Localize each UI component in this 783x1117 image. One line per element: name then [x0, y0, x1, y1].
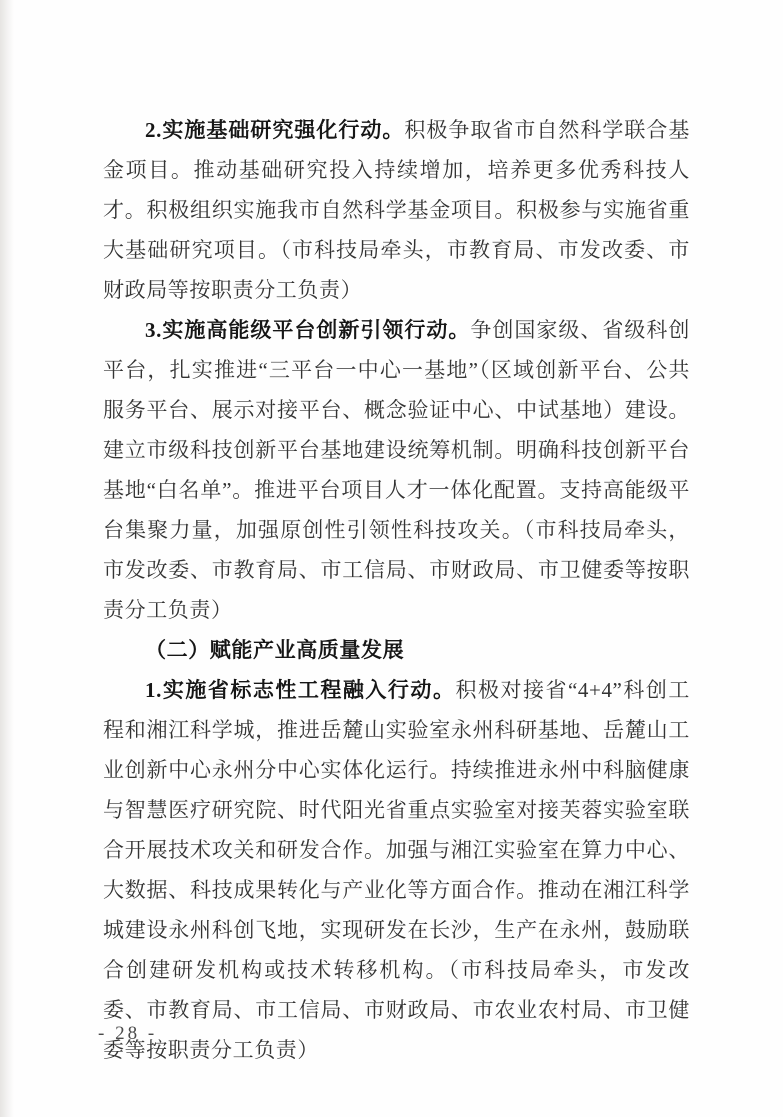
- document-page: 2.实施基础研究强化行动。积极争取省市自然科学联合基金项目。推动基础研究投入持续…: [0, 0, 783, 1117]
- section-heading: （二）赋能产业高质量发展: [103, 630, 690, 670]
- paragraph-action-1-body: 积极对接省“4+4”科创工程和湘江科学城，推进岳麓山实验室永州科研基地、岳麓山工…: [103, 678, 690, 1062]
- paragraph-action-3: 3.实施高能级平台创新引领行动。争创国家级、省级科创平台，扎实推进“三平台一中心…: [103, 310, 690, 630]
- document-body: 2.实施基础研究强化行动。积极争取省市自然科学联合基金项目。推动基础研究投入持续…: [103, 110, 690, 1070]
- paragraph-action-2-body: 积极争取省市自然科学联合基金项目。推动基础研究投入持续增加，培养更多优秀科技人才…: [103, 118, 690, 302]
- paragraph-action-1-lead: 1.实施省标志性工程融入行动。: [145, 678, 455, 702]
- paragraph-action-3-body: 争创国家级、省级科创平台，扎实推进“三平台一中心一基地”（区域创新平台、公共服务…: [103, 318, 690, 622]
- paragraph-action-2: 2.实施基础研究强化行动。积极争取省市自然科学联合基金项目。推动基础研究投入持续…: [103, 110, 690, 310]
- paragraph-action-1: 1.实施省标志性工程融入行动。积极对接省“4+4”科创工程和湘江科学城，推进岳麓…: [103, 670, 690, 1070]
- paragraph-action-2-lead: 2.实施基础研究强化行动。: [145, 118, 404, 142]
- page-number: - 28 -: [98, 1023, 157, 1045]
- paragraph-action-3-lead: 3.实施高能级平台创新引领行动。: [145, 318, 470, 342]
